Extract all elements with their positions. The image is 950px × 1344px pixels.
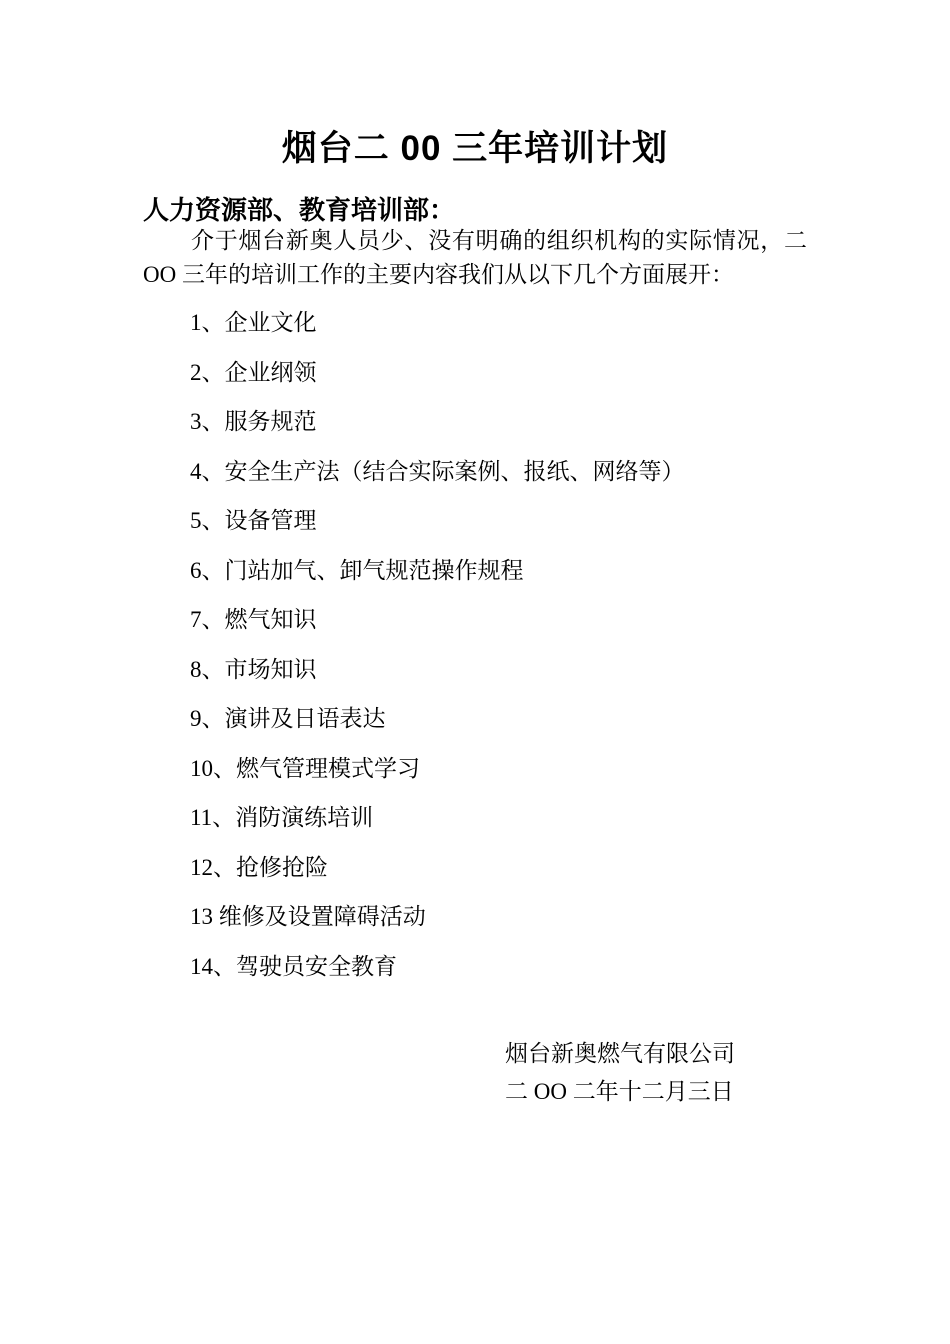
list-item: 12、抢修抢险 — [190, 843, 685, 893]
list-item: 14、驾驶员安全教育 — [190, 942, 685, 992]
salutation-heading: 人力资源部、教育培训部： — [143, 196, 455, 224]
document-title: 烟台二 00 三年培训计划 — [0, 130, 950, 168]
list-item: 9、演讲及日语表达 — [190, 694, 685, 744]
list-item: 5、设备管理 — [190, 496, 685, 546]
intro-line-2: OO 三年的培训工作的主要内容我们从以下几个方面展开： — [143, 258, 807, 292]
list-item: 13 维修及设置障碍活动 — [190, 892, 685, 942]
intro-paragraph: 介于烟台新奥人员少、没有明确的组织机构的实际情况，二 OO 三年的培训工作的主要… — [143, 224, 807, 292]
signature-company: 烟台新奥燃气有限公司 — [505, 1035, 735, 1073]
intro-line-1: 介于烟台新奥人员少、没有明确的组织机构的实际情况，二 — [143, 224, 807, 258]
list-item: 8、市场知识 — [190, 645, 685, 695]
list-item: 4、安全生产法（结合实际案例、报纸、网络等） — [190, 447, 685, 497]
signature-block: 烟台新奥燃气有限公司 二 OO 二年十二月三日 — [505, 1035, 735, 1111]
list-item: 7、燃气知识 — [190, 595, 685, 645]
list-item: 10、燃气管理模式学习 — [190, 744, 685, 794]
document-page: 烟台二 00 三年培训计划 人力资源部、教育培训部： 介于烟台新奥人员少、没有明… — [0, 0, 950, 1344]
list-item: 1、企业文化 — [190, 298, 685, 348]
list-item: 2、企业纲领 — [190, 348, 685, 398]
training-topics-list: 1、企业文化 2、企业纲领 3、服务规范 4、安全生产法（结合实际案例、报纸、网… — [190, 298, 685, 991]
signature-date: 二 OO 二年十二月三日 — [505, 1073, 735, 1111]
list-item: 11、消防演练培训 — [190, 793, 685, 843]
list-item: 6、门站加气、卸气规范操作规程 — [190, 546, 685, 596]
list-item: 3、服务规范 — [190, 397, 685, 447]
